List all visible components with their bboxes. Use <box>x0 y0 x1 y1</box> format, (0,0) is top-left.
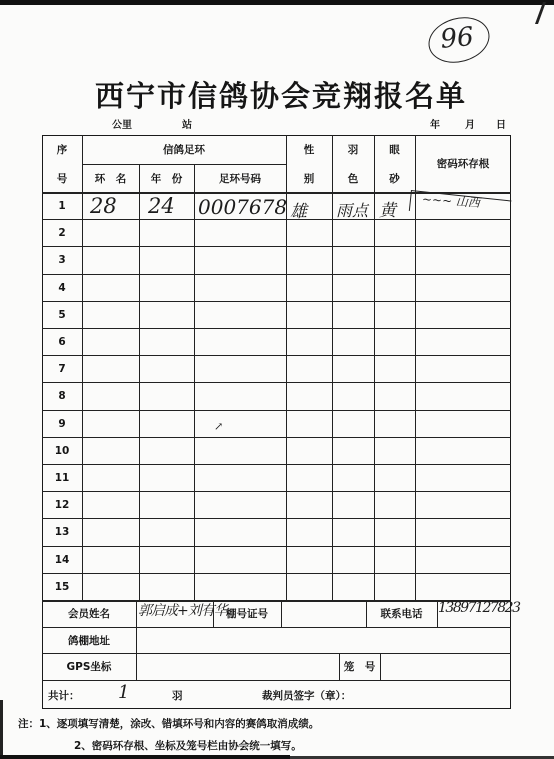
row-feather-field[interactable] <box>332 355 374 382</box>
loft-address-field[interactable] <box>136 627 511 653</box>
row-ring-name-field[interactable] <box>82 573 139 600</box>
header-eye-bottom: 砂 <box>374 164 415 192</box>
header-sex-top: 性 <box>286 135 332 164</box>
row-year-field[interactable] <box>139 518 194 545</box>
row-year-field[interactable] <box>139 464 194 491</box>
header-seq-bottom: 号 <box>42 164 82 192</box>
row-ring-name-field[interactable] <box>82 274 139 301</box>
row-feather-field[interactable] <box>332 491 374 518</box>
loft-id-label: 棚号证号 <box>213 600 281 627</box>
row-eye-field[interactable] <box>374 573 415 600</box>
row-ring-name-field[interactable] <box>82 546 139 573</box>
phone-field[interactable]: 13897127823 <box>438 600 519 616</box>
row-stub-field[interactable] <box>415 437 511 464</box>
scan-left-edge <box>0 700 3 759</box>
row-stub-field[interactable] <box>415 246 511 273</box>
header-password-stub: 密码环存根 <box>415 135 511 192</box>
row-ring-number-field[interactable] <box>194 382 286 409</box>
header-sex-bottom: 别 <box>286 164 332 192</box>
row-seq-number: 4 <box>42 274 82 301</box>
row-year-field[interactable] <box>139 328 194 355</box>
scan-top-edge <box>0 0 554 5</box>
loft-id-field[interactable] <box>281 600 366 627</box>
row-ring-name-field[interactable] <box>82 328 139 355</box>
header-ring-number: 足环号码 <box>194 164 286 192</box>
row-sex-field[interactable] <box>286 546 332 573</box>
row-eye-field[interactable] <box>374 437 415 464</box>
row-feather-field[interactable] <box>332 382 374 409</box>
date-day-label: 日 <box>496 116 506 131</box>
row-stub-field[interactable] <box>415 219 511 246</box>
row-eye-field[interactable] <box>374 518 415 545</box>
row-sex-field[interactable] <box>286 573 332 600</box>
row-ring-name-field[interactable] <box>82 246 139 273</box>
row-stub-field[interactable] <box>415 382 511 409</box>
row-year-field[interactable] <box>139 246 194 273</box>
row-stub-field[interactable] <box>415 301 511 328</box>
row-feather-field[interactable] <box>332 301 374 328</box>
row-seq-number: 13 <box>42 518 82 545</box>
row-seq-number: 15 <box>42 573 82 600</box>
total-unit: 羽 <box>172 688 183 703</box>
row-seq-number: 12 <box>42 491 82 518</box>
header-eye-top: 眼 <box>374 135 415 164</box>
row-year-field[interactable] <box>139 410 194 437</box>
row-sex-field[interactable] <box>286 219 332 246</box>
row-ring-number-field[interactable] <box>194 410 286 437</box>
row-feather-field[interactable] <box>332 464 374 491</box>
row-eye-field[interactable] <box>374 410 415 437</box>
row-year-field[interactable] <box>139 491 194 518</box>
row-eye-field[interactable] <box>374 274 415 301</box>
row-eye-field[interactable] <box>374 546 415 573</box>
row-seq-number: 9 <box>42 410 82 437</box>
row-ring-name-field[interactable] <box>82 491 139 518</box>
row-ring-name-field[interactable] <box>82 518 139 545</box>
row-stub-field[interactable] <box>415 573 511 600</box>
total-label: 共计： <box>48 688 80 703</box>
row-eye-field[interactable] <box>374 382 415 409</box>
member-row-line <box>42 680 511 681</box>
row-year-field[interactable] <box>139 382 194 409</box>
row1-ring-number[interactable]: 0007678 <box>198 195 287 219</box>
circled-page-number: 96 <box>423 11 494 70</box>
row-feather-field[interactable] <box>332 246 374 273</box>
row-ring-number-field[interactable] <box>194 301 286 328</box>
row-ring-name-field[interactable] <box>82 219 139 246</box>
judge-signature-label: 裁判员签字（章）： <box>262 688 351 703</box>
row-seq-number: 6 <box>42 328 82 355</box>
row-year-field[interactable] <box>139 355 194 382</box>
header-foot-ring-group: 信鸽足环 <box>82 135 286 164</box>
cage-number-field[interactable] <box>380 653 511 680</box>
row-stub-field[interactable] <box>415 274 511 301</box>
row-seq-number: 3 <box>42 246 82 273</box>
date-year-label: 年 <box>430 116 440 131</box>
station-label: 站 <box>182 116 192 131</box>
row-sex-field[interactable] <box>286 518 332 545</box>
row-ring-name-field[interactable] <box>82 301 139 328</box>
row-year-field[interactable] <box>139 437 194 464</box>
row-sex-field[interactable] <box>286 382 332 409</box>
row-stub-field[interactable] <box>415 518 511 545</box>
row-ring-name-field[interactable] <box>82 382 139 409</box>
row-ring-number-field[interactable] <box>194 219 286 246</box>
row-eye-field[interactable] <box>374 246 415 273</box>
row-eye-field[interactable] <box>374 301 415 328</box>
header-year: 年 份 <box>139 164 194 192</box>
distance-label: 公里 <box>112 116 132 131</box>
row-ring-number-field[interactable] <box>194 491 286 518</box>
row-sex-field[interactable] <box>286 410 332 437</box>
row-seq-number: 5 <box>42 301 82 328</box>
row-sex-field[interactable] <box>286 464 332 491</box>
note-2: 2、密码环存根、坐标及笼号栏由协会统一填写。 <box>74 738 302 753</box>
header-seq-top: 序 <box>42 135 82 164</box>
row-feather-field[interactable] <box>332 546 374 573</box>
row-ring-number-field[interactable] <box>194 246 286 273</box>
row-ring-number-field[interactable] <box>194 328 286 355</box>
row1-ring-name[interactable]: 28 <box>90 194 117 218</box>
gps-label: GPS坐标 <box>42 653 136 680</box>
row-stub-field[interactable] <box>415 355 511 382</box>
row-feather-field[interactable] <box>332 219 374 246</box>
row-ring-number-field[interactable] <box>194 464 286 491</box>
row-feather-field[interactable] <box>332 274 374 301</box>
row-sex-field[interactable] <box>286 437 332 464</box>
row-eye-field[interactable] <box>374 491 415 518</box>
member-name-label: 会员姓名 <box>42 600 136 627</box>
row-stub-field[interactable] <box>415 328 511 355</box>
row-feather-field[interactable] <box>332 328 374 355</box>
row-sex-field[interactable] <box>286 274 332 301</box>
row-ring-name-field[interactable] <box>82 464 139 491</box>
row-seq-number: 14 <box>42 546 82 573</box>
row-feather-field[interactable] <box>332 573 374 600</box>
row-seq-number: 7 <box>42 355 82 382</box>
header-ring-name: 环 名 <box>82 164 139 192</box>
row1-sex[interactable]: 雄 <box>290 197 307 222</box>
gps-field[interactable] <box>136 653 339 680</box>
row-eye-field[interactable] <box>374 219 415 246</box>
row-ring-name-field[interactable] <box>82 410 139 437</box>
row-year-field[interactable] <box>139 301 194 328</box>
row-sex-field[interactable] <box>286 246 332 273</box>
row-seq-number: 1 <box>42 192 82 219</box>
row-stub-field[interactable] <box>415 410 511 437</box>
row-sex-field[interactable] <box>286 328 332 355</box>
row-stub-field[interactable] <box>415 491 511 518</box>
row-ring-number-field[interactable] <box>194 355 286 382</box>
stray-pen-mark: ↗ <box>214 420 223 433</box>
header-feather-bottom: 色 <box>332 164 374 192</box>
row-ring-number-field[interactable] <box>194 573 286 600</box>
row-sex-field[interactable] <box>286 355 332 382</box>
row-stub-field[interactable] <box>415 546 511 573</box>
row-year-field[interactable] <box>139 219 194 246</box>
row-year-field[interactable] <box>139 274 194 301</box>
row-eye-field[interactable] <box>374 464 415 491</box>
row-seq-number: 10 <box>42 437 82 464</box>
row-seq-number: 2 <box>42 219 82 246</box>
row-seq-number: 11 <box>42 464 82 491</box>
date-month-label: 月 <box>465 116 475 131</box>
form-title: 西宁市信鸽协会竞翔报名单 <box>0 74 554 115</box>
row-ring-number-field[interactable] <box>194 518 286 545</box>
row-year-field[interactable] <box>139 573 194 600</box>
phone-label: 联系电话 <box>366 600 437 627</box>
row-feather-field[interactable] <box>332 437 374 464</box>
row-ring-number-field[interactable] <box>194 274 286 301</box>
row-eye-field[interactable] <box>374 355 415 382</box>
row-year-field[interactable] <box>139 546 194 573</box>
row-ring-number-field[interactable] <box>194 546 286 573</box>
loft-address-label: 鸽棚地址 <box>42 627 136 653</box>
total-count-field[interactable]: 1 <box>118 682 129 703</box>
scan-bottom-edge <box>0 755 290 759</box>
page-number-text: 96 <box>439 22 475 55</box>
row-sex-field[interactable] <box>286 301 332 328</box>
row-feather-field[interactable] <box>332 518 374 545</box>
row-ring-name-field[interactable] <box>82 355 139 382</box>
scan-corner-mark <box>535 2 554 24</box>
row-ring-number-field[interactable] <box>194 437 286 464</box>
row-feather-field[interactable] <box>332 410 374 437</box>
row1-eye[interactable]: 黄 <box>379 196 396 221</box>
row-ring-name-field[interactable] <box>82 437 139 464</box>
row-eye-field[interactable] <box>374 328 415 355</box>
note-1: 注：1、逐项填写清楚，涂改、错填环号和内容的赛鸽取消成绩。 <box>18 716 319 731</box>
row1-year[interactable]: 24 <box>148 194 175 218</box>
row1-feather[interactable]: 雨点 <box>336 198 368 221</box>
row-seq-number: 8 <box>42 382 82 409</box>
row-sex-field[interactable] <box>286 491 332 518</box>
header-feather-top: 羽 <box>332 135 374 164</box>
cage-number-label: 笼 号 <box>339 653 380 680</box>
row-stub-field[interactable] <box>415 464 511 491</box>
